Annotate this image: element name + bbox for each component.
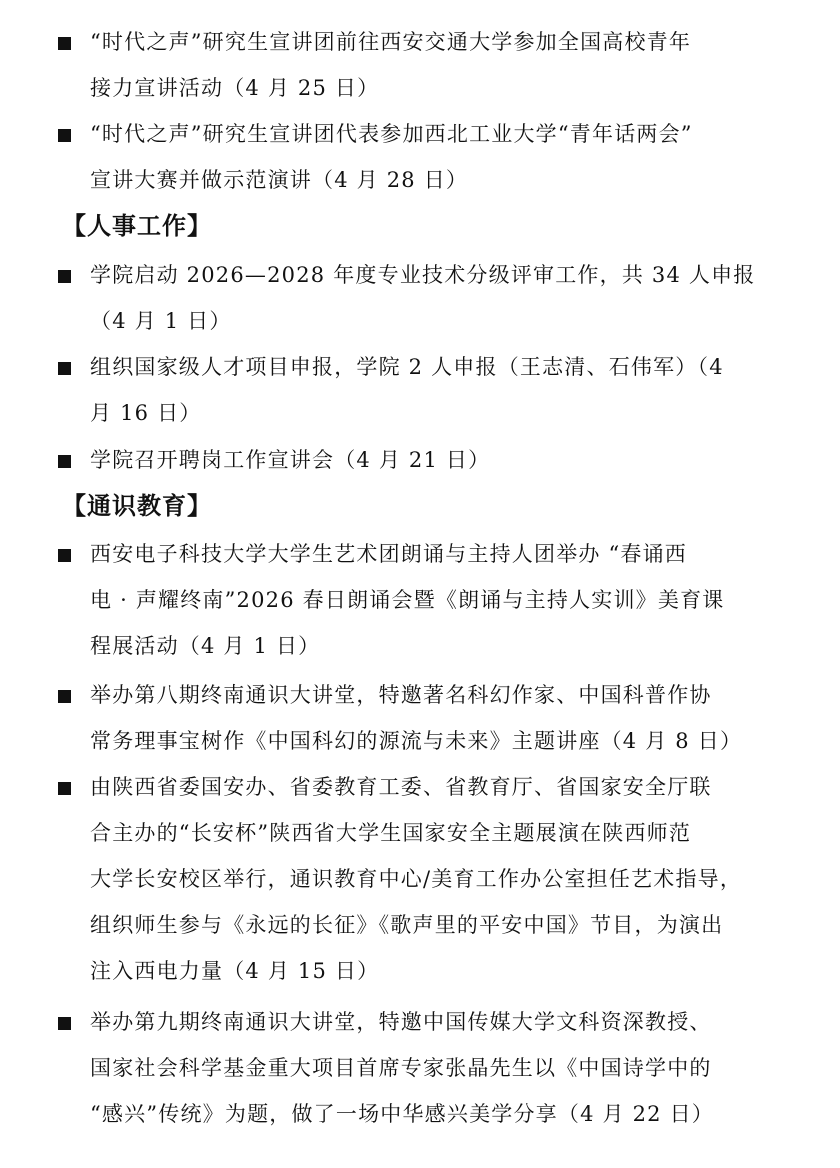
document-page: “时代之声”研究生宣讲团前往西安交通大学参加全国高校青年 接力宣讲活动（4 月 … [0,0,840,1168]
list-item-text: （4 月 1 日） [90,309,232,333]
list-item-text: 电 · 声耀终南”2026 春日朗诵会暨《朗诵与主持人实训》美育课 [90,588,724,612]
list-item-text: 由陕西省委国安办、省委教育工委、省教育厅、省国家安全厅联 [90,775,712,799]
list-item-text: 合主办的“长安杯”陕西省大学生国家安全主题展演在陕西师范 [90,821,691,845]
list-item-text: 西安电子科技大学大学生艺术团朗诵与主持人团举办 “春诵西 [90,542,687,566]
list-item-text: 注入西电力量（4 月 15 日） [90,959,379,983]
list-item-text: 月 16 日） [90,401,201,425]
square-bullet-icon [58,129,71,142]
square-bullet-icon [58,1017,71,1030]
list-item-text: “时代之声”研究生宣讲团前往西安交通大学参加全国高校青年 [90,30,691,54]
list-item-text: “感兴”传统》为题，做了一场中华感兴美学分享（4 月 22 日） [90,1102,714,1126]
square-bullet-icon [58,362,71,375]
list-item-text: 学院启动 2026—2028 年度专业技术分级评审工作，共 34 人申报 [90,263,756,287]
section-heading-general-education: 【通识教育】 [62,492,212,520]
square-bullet-icon [58,270,71,283]
list-item-text: 大学长安校区举行，通识教育中心/美育工作办公室担任艺术指导， [90,867,742,891]
list-item-text: 举办第九期终南通识大讲堂，特邀中国传媒大学文科资深教授、 [90,1010,712,1034]
square-bullet-icon [58,549,71,562]
list-item-text: 宣讲大赛并做示范演讲（4 月 28 日） [90,168,468,192]
list-item-text: 接力宣讲活动（4 月 25 日） [90,76,379,100]
list-item-text: 国家社会科学基金重大项目首席专家张晶先生以《中国诗学中的 [90,1056,712,1080]
list-item-text: “时代之声”研究生宣讲团代表参加西北工业大学“青年话两会” [90,122,693,146]
section-heading-personnel: 【人事工作】 [62,212,212,240]
list-item-text: 常务理事宝树作《中国科幻的源流与未来》主题讲座（4 月 8 日） [90,729,742,753]
square-bullet-icon [58,37,71,50]
square-bullet-icon [58,455,71,468]
list-item-text: 学院召开聘岗工作宣讲会（4 月 21 日） [90,448,490,472]
list-item-text: 程展活动（4 月 1 日） [90,634,320,658]
square-bullet-icon [58,690,71,703]
list-item-text: 组织国家级人才项目申报，学院 2 人申报（王志清、石伟军）（4 [90,355,724,379]
list-item-text: 举办第八期终南通识大讲堂，特邀著名科幻作家、中国科普作协 [90,683,712,707]
list-item-text: 组织师生参与《永远的长征》《歌声里的平安中国》节目，为演出 [90,913,723,937]
square-bullet-icon [58,782,71,795]
